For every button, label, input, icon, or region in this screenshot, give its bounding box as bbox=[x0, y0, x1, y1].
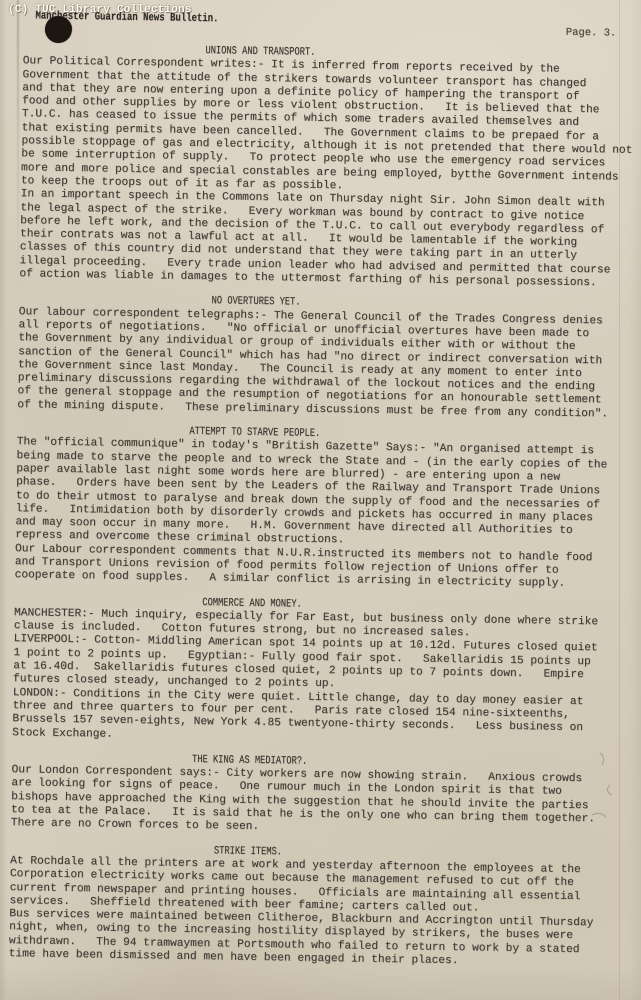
section-no-overtures-yet: NO OVERTURES YET. Our labour corresponde… bbox=[17, 293, 634, 422]
page-number: Page. 3. bbox=[566, 27, 617, 41]
archive-watermark: (C) TUC Library Collections bbox=[8, 4, 192, 16]
section-attempt-to-starve-people: ATTEMPT TO STARVE PEOPLE. The "official … bbox=[15, 423, 632, 592]
section-body: The "official communique" in today's "Br… bbox=[15, 436, 632, 592]
scanned-bulletin-page: (C) TUC Library Collections Manchester G… bbox=[0, 0, 641, 1000]
section-body: MANCHESTER:- Much inquiry, especially fo… bbox=[12, 607, 629, 750]
ink-blot bbox=[45, 16, 72, 43]
section-body: Our labour correspondent telegraphs:- Th… bbox=[17, 306, 634, 422]
section-body: Our London Correspondent says:- City wor… bbox=[11, 764, 627, 840]
section-the-king-as-mediator: THE KING AS MEDIATOR?. Our London Corres… bbox=[11, 751, 627, 840]
section-commerce-and-money: COMMERCE AND MONEY. MANCHESTER:- Much in… bbox=[12, 594, 629, 750]
section-unions-and-transport: UNIONS AND TRANSPORT. Our Political Corr… bbox=[19, 42, 638, 291]
section-body: Our Political Correspondent writes:- It … bbox=[19, 56, 637, 292]
typewritten-content: Manchester Guardian News Bulletin. Page.… bbox=[9, 7, 639, 971]
section-body: At Rochdale all the printers are at work… bbox=[9, 855, 626, 971]
section-strike-items: STRIKE ITEMS. At Rochdale all the printe… bbox=[9, 842, 626, 971]
